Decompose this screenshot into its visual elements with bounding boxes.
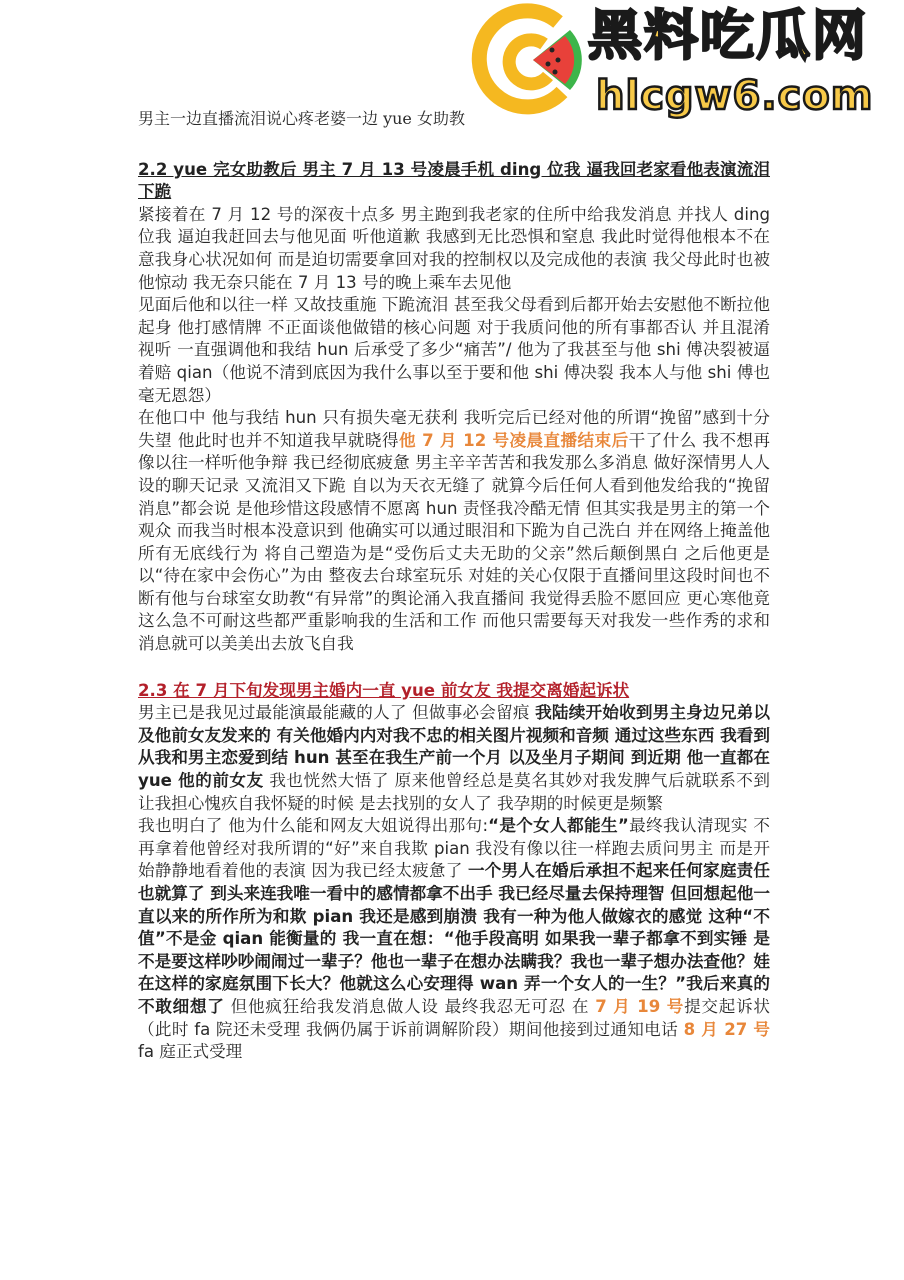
section-2-2-para-1: 紧接着在 7 月 12 号的深夜十点多 男主跑到我老家的住所中给我发消息 并找人… [138,204,770,294]
date-accepted: 8 月 27 号 [684,1020,770,1039]
document-body: 男主一边直播流泪说心疼老婆一边 yue 女助教 2.2 yue 完女助教后 男主… [138,108,770,1064]
date-filed: 7 月 19 号 [595,997,684,1016]
para-text: 我也明白了 他为什么能和网友大姐说得出那句: [138,816,488,835]
para-text: 但他疯狂给我发消息做人设 最终我忍无可忍 在 [225,997,596,1016]
section-2-2-para-2: 见面后他和以往一样 又故技重施 下跪流泪 甚至我父母看到后都开始去安慰他不断拉他… [138,294,770,407]
highlight-text: 他 7 月 12 号凌晨直播结束后 [399,431,629,450]
para-text: 干了什么 我不想再像以往一样听他争辩 我已经彻底疲惫 男主辛辛苦苦和我发那么多消… [138,431,770,653]
watermark-logo: 黑料吃瓜网 hlcgw6.com [470,0,904,125]
section-2-2-para-3: 在他口中 他与我结 hun 只有损失毫无获利 我听完后已经对他的所谓“挽留”感到… [138,407,770,656]
section-2-3-para-2: 我也明白了 他为什么能和网友大姐说得出那句:“是个女人都能生”最终我认清现实 不… [138,815,770,1064]
para-text: 男主已是我见过最能演最能藏的人了 但做事必会留痕 [138,703,535,722]
bold-text: 一个男人在婚后承担不起来任何家庭责任也就算了 到头来连我唯一看中的感情都拿不出手… [138,861,770,1016]
section-2-3-heading: 2.3 在 7 月下旬发现男主婚内一直 yue 前女友 我提交离婚起诉状 [138,680,770,703]
section-2-2-heading: 2.2 yue 完女助教后 男主 7 月 13 号凌晨手机 ding 位我 逼我… [138,159,770,204]
watermark-site-name: 黑料吃瓜网 [588,6,868,66]
quote-text: “是个女人都能生” [488,816,629,835]
intro-line: 男主一边直播流泪说心疼老婆一边 yue 女助教 [138,108,770,131]
section-2-3-para-1: 男主已是我见过最能演最能藏的人了 但做事必会留痕 我陆续开始收到男主身边兄弟以及… [138,702,770,815]
watermelon-logo-icon [470,0,590,120]
para-text: fa 庭正式受理 [138,1042,242,1061]
